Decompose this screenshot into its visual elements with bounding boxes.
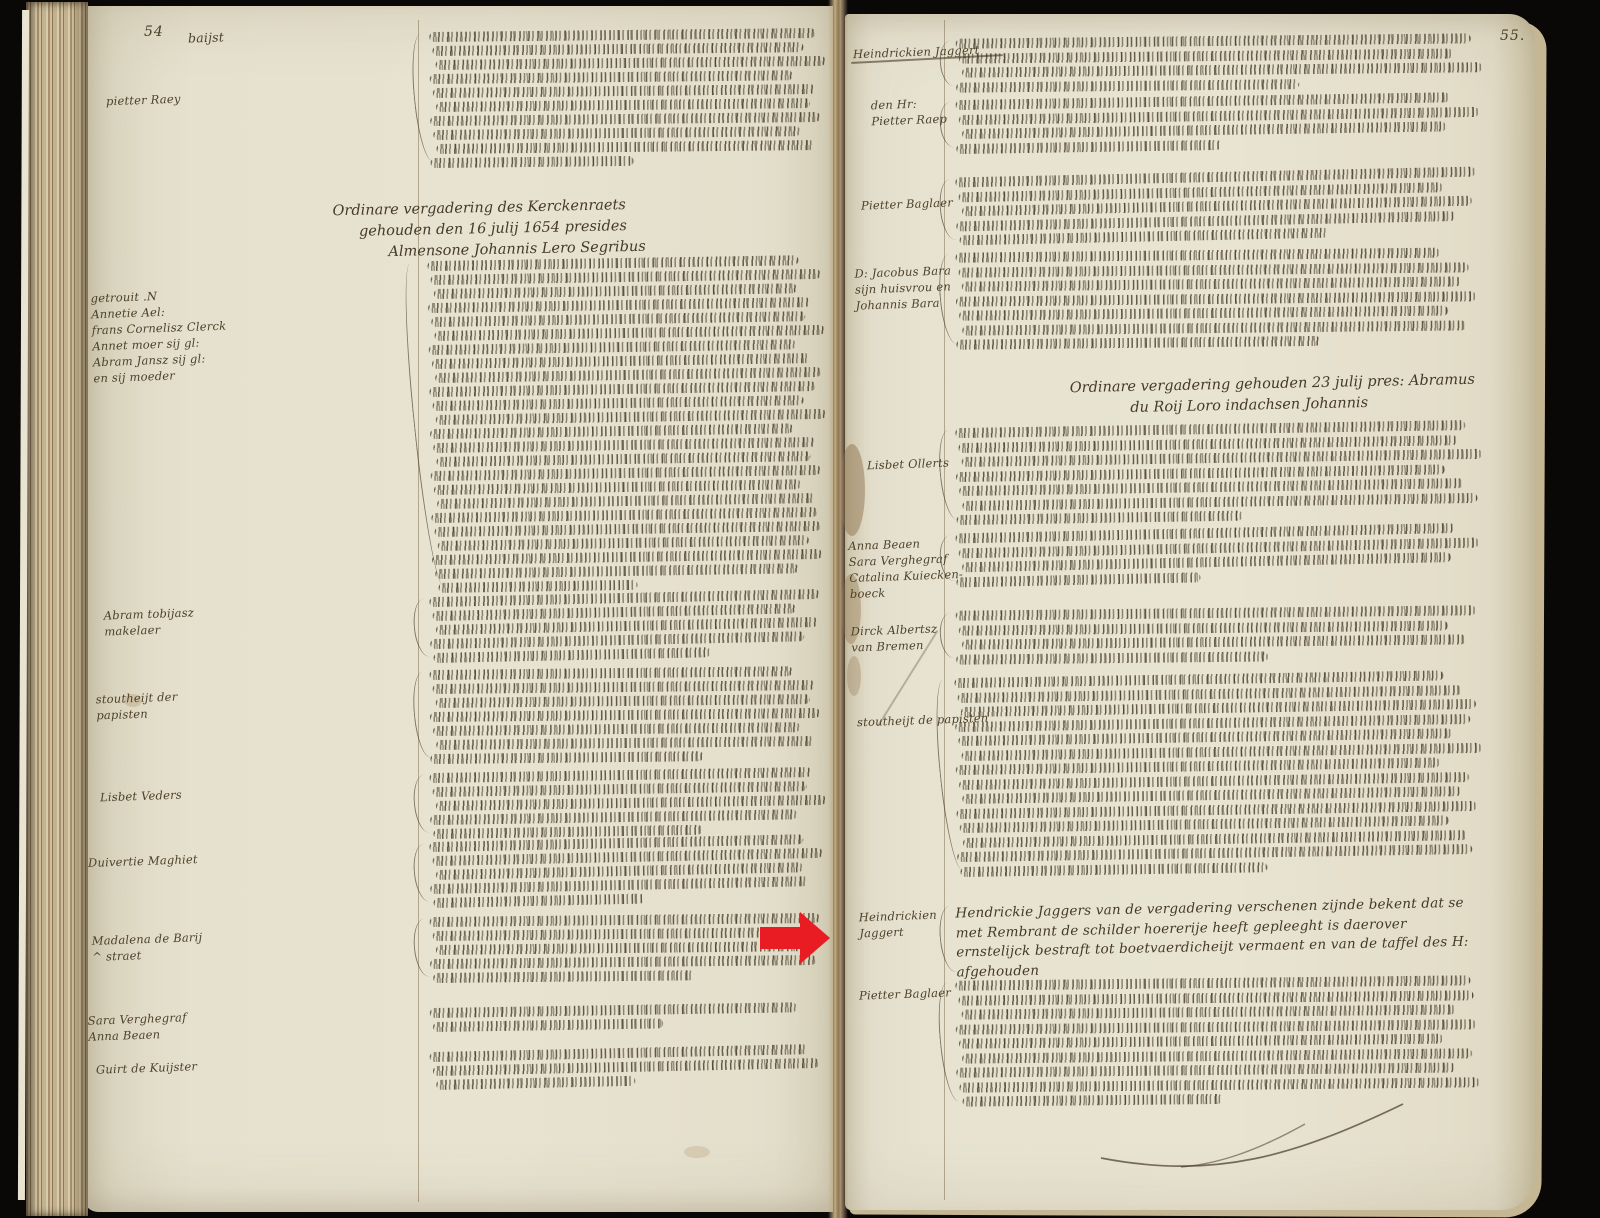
margin-note-line: Johannis Bara [855, 294, 952, 313]
handwriting-line [436, 140, 814, 153]
left-page: 54 baijst Ordinare vergadering des Kerck… [84, 6, 833, 1212]
handwriting-line [436, 451, 810, 466]
margin-note-line: makelaer [104, 620, 195, 639]
handwriting-line [432, 549, 822, 565]
handwriting-line [954, 670, 1443, 688]
handwriting-line [959, 262, 1469, 277]
handwriting-line [430, 423, 793, 438]
handwriting-line [430, 631, 805, 648]
handwriting-line [956, 651, 1268, 664]
entry-body [956, 33, 1477, 96]
margin-note: Lisbet Ollerts [867, 455, 950, 474]
handwriting-line [430, 809, 797, 824]
handwriting-line [431, 269, 821, 285]
handwriting-line [433, 894, 644, 908]
entry-body [955, 523, 1476, 592]
margin-note: HeindrickienJaggert [858, 907, 937, 942]
margin-note: Madalena de Barij^ straet [91, 929, 203, 965]
entry-body [430, 1044, 821, 1094]
handwriting-line [957, 844, 1472, 862]
handwriting-line [957, 511, 1243, 525]
margin-note: den Hr:Pietter Raep [870, 95, 947, 130]
handwriting-line [959, 48, 1453, 63]
handwriting-line [962, 634, 1466, 649]
handwriting-line [433, 781, 807, 796]
entry-body: Hendrickie Jaggers van de vergadering ve… [955, 894, 1477, 983]
entry-body [956, 605, 1477, 668]
handwriting-line [436, 56, 826, 70]
margin-note-line: Duivertie Maghiet [88, 851, 198, 871]
entry-body [429, 767, 820, 843]
margin-note-line: en sij moeder [93, 366, 228, 387]
handwriting-line [436, 795, 826, 811]
handwriting-line [962, 62, 1482, 77]
entry-body [430, 1002, 820, 1036]
handwriting-line [956, 79, 1299, 93]
entry-body [955, 975, 1476, 1111]
entry-body [955, 247, 1476, 354]
handwriting-line [431, 507, 817, 523]
handwriting-line [430, 955, 816, 969]
entry-body [429, 589, 820, 667]
handwriting-line [432, 42, 803, 55]
handwriting-line [959, 620, 1448, 635]
entry-body [955, 167, 1476, 250]
margin-note-line: van Bremen [851, 636, 938, 655]
entry-body [429, 666, 820, 768]
handwriting-line [956, 757, 1440, 775]
handwriting-line [436, 1076, 635, 1090]
margin-note-line: papisten [96, 705, 178, 724]
handwriting-line [962, 121, 1446, 139]
handwriting-line [430, 70, 793, 83]
entry-body [954, 670, 1477, 881]
session-heading-left: Ordinare vergadering des Kerckenraetsgeh… [332, 195, 646, 265]
handwriting-line [431, 465, 821, 481]
handwriting-line [958, 728, 1452, 746]
margin-note: Duivertie Maghiet [88, 851, 198, 871]
right-page: 55. Ordinare vergadering gehouden 23 jul… [845, 14, 1535, 1210]
handwriting-line [434, 479, 801, 494]
handwriting-line [433, 126, 800, 139]
margin-note: Sara VerghegrafAnna Beaen [87, 1009, 187, 1044]
session-heading-right: Ordinare vergadering gehouden 23 julij p… [1070, 370, 1476, 420]
handwriting-line [431, 311, 805, 326]
margin-note-line: Dirck Albertsz [850, 621, 937, 640]
margin-note: Abram tobijaszmakelaer [103, 604, 194, 639]
margin-note: D: Jacobus Barasijn huisvrou enJohannis … [854, 262, 952, 313]
entry-body [429, 28, 820, 172]
edge-stain [847, 656, 861, 696]
entry-body [956, 92, 1477, 158]
handwriting-line [433, 927, 800, 940]
handwriting-line [433, 1058, 819, 1076]
handwriting-line [956, 139, 1221, 153]
handwriting-line [431, 156, 634, 168]
handwriting-line [430, 1002, 797, 1017]
handwriting-line [430, 708, 820, 722]
handwriting-line [430, 876, 808, 893]
book-gutter [828, 0, 848, 1218]
margin-note: Guirt de Kuijster [96, 1058, 198, 1078]
handwriting-line [959, 1077, 1479, 1092]
handwriting-line [962, 320, 1466, 335]
handwriting-line [956, 605, 1476, 620]
handwriting-line [436, 409, 826, 425]
book-fore-edge [26, 2, 88, 1216]
handwriting-line [430, 112, 820, 126]
handwriting-line [956, 336, 1320, 350]
margin-note-line: pietter Raey [106, 91, 181, 110]
handwriting-line [433, 647, 710, 662]
margin-note-line: ^ straet [92, 945, 203, 965]
handwriting-line [433, 84, 815, 98]
handwriting-line [438, 535, 809, 550]
handwriting-line [433, 970, 694, 982]
top-margin-note: baijst [188, 29, 225, 46]
margin-note: getrouit .NAnnetie Ael:frans Cornelisz C… [90, 286, 228, 387]
handwriting-line [433, 722, 800, 735]
handwriting-line [956, 33, 1471, 48]
handwriting-line [430, 751, 703, 763]
margin-note: Dirck Albertszvan Bremen [850, 621, 938, 656]
handwriting-line [434, 283, 797, 298]
margin-note-line: stoutheijt der [95, 689, 177, 708]
handwriting-line [436, 736, 814, 749]
handwriting-line [436, 98, 810, 111]
manuscript-scan: 54 baijst Ordinare vergadering des Kerck… [0, 0, 1600, 1218]
red-arrow-icon [760, 910, 832, 966]
margin-note-line: Pietter Raep [871, 111, 947, 130]
handwriting-line [435, 521, 821, 537]
page-number-left: 54 [144, 24, 164, 40]
entry-body [427, 255, 822, 597]
handwriting-line [955, 248, 1439, 263]
page-number-right: 55. [1500, 28, 1525, 44]
handwriting-line [960, 815, 1449, 833]
handwriting-line [435, 367, 821, 383]
handwriting-line [956, 572, 1201, 587]
handwriting-line [959, 306, 1448, 321]
foxing-stain [684, 1146, 710, 1158]
handwriting-line [429, 767, 811, 783]
handwriting-line [963, 1094, 1223, 1107]
margin-note-line: Pietter Baglaer [859, 984, 951, 1003]
handwriting-line [956, 291, 1476, 306]
handwriting-line [958, 990, 1473, 1005]
handwriting-line [436, 694, 810, 707]
margin-note: stoutheijt derpapisten [95, 689, 178, 724]
handwriting-line [429, 339, 796, 354]
handwriting-line [429, 28, 815, 42]
margin-note: Pietter Baglaer [859, 984, 951, 1003]
handwriting-line [960, 228, 1329, 246]
handwriting-line [962, 492, 1477, 510]
margin-note-line: Jaggert [859, 923, 938, 942]
margin-note-line: Lisbet Veders [100, 787, 182, 806]
handwriting-line [433, 395, 804, 410]
handwriting-line [959, 1034, 1443, 1049]
margin-note-line: Guirt de Kuijster [96, 1058, 198, 1078]
margin-note: Lisbet Veders [100, 787, 182, 806]
handwriting-line [433, 437, 815, 453]
handwriting-line [428, 297, 810, 313]
handwriting-line [962, 1004, 1456, 1019]
handwriting-line [962, 276, 1461, 291]
handwriting-line [429, 381, 815, 397]
handwriting-line [432, 353, 810, 368]
margin-note-line: Heindrickien [858, 907, 937, 926]
handwriting-line [438, 580, 637, 593]
handwriting-line [437, 493, 815, 508]
handwriting-line [436, 941, 814, 954]
handwriting-line [434, 325, 824, 341]
handwriting-line [433, 1018, 663, 1031]
handwriting-line [435, 563, 798, 578]
handwriting-line [956, 1019, 1476, 1034]
margin-note-line: Abram tobijasz [103, 604, 194, 623]
entry-body [429, 834, 820, 912]
handwriting-line [956, 1062, 1455, 1077]
handwriting-line [960, 862, 1267, 877]
handwriting-line [433, 680, 815, 694]
handwriting-line [429, 666, 792, 679]
margin-note: pietter Raey [106, 91, 181, 110]
entry-body [955, 420, 1477, 530]
margin-note-line: boeck [850, 582, 964, 602]
margin-note-line: Anna Beaen [88, 1025, 187, 1044]
handwriting-line [962, 1048, 1472, 1063]
margin-note-line: Lisbet Ollerts [867, 455, 950, 474]
